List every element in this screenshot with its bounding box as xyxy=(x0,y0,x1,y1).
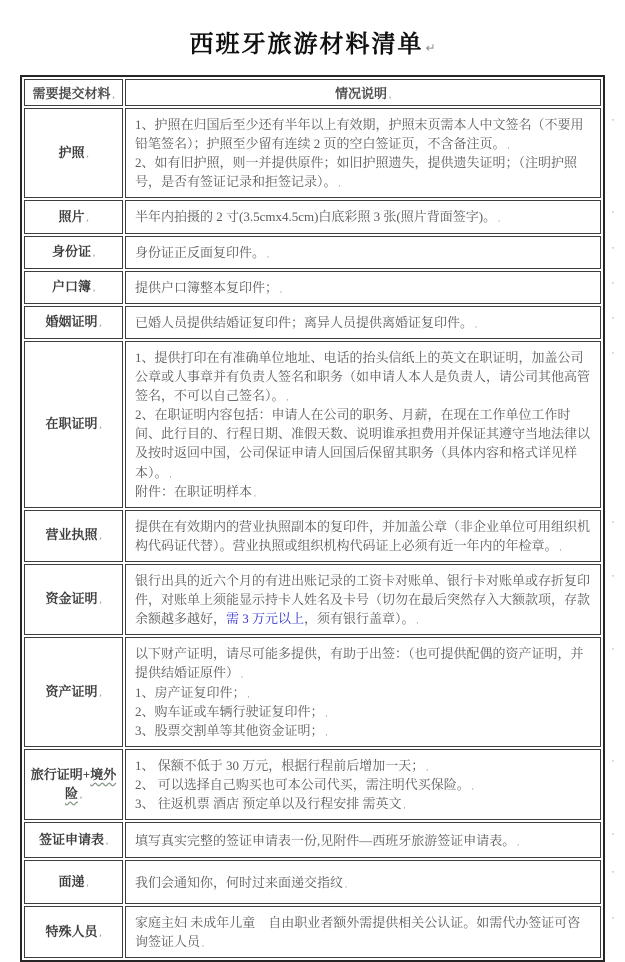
paragraph-mark: , xyxy=(404,801,406,810)
description-paragraph: 提供户口簿整本复印件；, xyxy=(135,278,591,297)
row-end-mark: , xyxy=(612,514,614,526)
description-paragraph: 我们会通知你，何时过来面递交指纹, xyxy=(135,873,591,892)
description-paragraph: 以下财产证明，请尽可能多提供，有助于出签：（也可提供配偶的资产证明，并提供结婚证… xyxy=(135,644,591,682)
description-paragraph: 1、房产证复印件；, xyxy=(135,683,591,702)
description-text: 3、股票交割单等其他资金证明； xyxy=(135,723,324,738)
description-text: 半年内拍摄的 2 寸(3.5cmx4.5cm)白底彩照 3 张(照片背面签字)。 xyxy=(135,209,496,224)
material-label-cell: 营业执照, xyxy=(24,510,123,562)
table-row: 户口簿,提供户口簿整本复印件；,, xyxy=(24,271,601,304)
description-paragraph: 已婚人员提供结婚证复印件；离异人员提供离婚证复印件。, xyxy=(135,313,591,332)
paragraph-mark: , xyxy=(100,532,102,541)
paragraph-return-mark: ↵ xyxy=(425,41,435,55)
paragraph-mark: , xyxy=(113,91,115,100)
description-paragraph: 1、护照在归国后至少还有半年以上有效期，护照末页需本人中文签名（不要用铅笔签名）… xyxy=(135,115,591,153)
row-end-mark: , xyxy=(612,345,614,357)
description-text: 1、护照在归国后至少还有半年以上有效期，护照末页需本人中文签名（不要用铅笔签名）… xyxy=(135,117,584,151)
paragraph-mark: , xyxy=(508,141,510,150)
table-row: 身份证,身份证正反面复印件。,, xyxy=(24,236,601,269)
table-row: 照片,半年内拍摄的 2 寸(3.5cmx4.5cm)白底彩照 3 张(照片背面签… xyxy=(24,200,601,233)
description-cell: 提供在有效期内的营业执照副本的复印件，并加盖公章（非企业单位可用组织机构代码证代… xyxy=(125,510,601,562)
paragraph-mark: , xyxy=(389,91,391,100)
paragraph-mark: , xyxy=(326,709,328,718)
row-end-mark: , xyxy=(612,240,614,252)
row-end-mark: , xyxy=(612,753,614,765)
description-paragraph: 3、 往返机票 酒店 预定单以及行程安排 需英文, xyxy=(135,794,591,813)
description-text: 2、如有旧护照，则一并提供原件；如旧护照遗失，提供遗失证明；（注明护照号，是否有… xyxy=(135,155,577,189)
row-end-mark: , xyxy=(612,310,614,322)
paragraph-mark: , xyxy=(93,249,95,258)
description-cell: 银行出具的近六个月的有进出账记录的工资卡对账单、银行卡对账单或存折复印件，对账单… xyxy=(125,564,601,635)
paragraph-mark: , xyxy=(87,150,89,159)
material-label-cell: 照片, xyxy=(24,200,123,233)
paragraph-mark: , xyxy=(170,470,172,479)
description-text: 附件：在职证明样本 xyxy=(135,484,252,499)
description-cell: 已婚人员提供结婚证复印件；离异人员提供离婚证复印件。,, xyxy=(125,306,601,339)
paragraph-mark: , xyxy=(100,421,102,430)
paragraph-mark: , xyxy=(202,939,204,948)
description-text: 2、 可以选择自己购买也可本公司代买，需注明代买保险。 xyxy=(135,777,470,792)
table-row: 旅行证明+境外险,1、 保额不低于 30 万元，根据行程前后增加一天；,2、 可… xyxy=(24,749,601,820)
material-label-text: 营业执照 xyxy=(45,527,97,542)
row-end-mark: , xyxy=(612,568,614,580)
material-label-text: 身份证 xyxy=(52,244,91,259)
description-text: 1、房产证复印件； xyxy=(135,685,246,700)
description-paragraph: 1、提供打印在有准确单位地址、电话的抬头信纸上的英文在职证明，加盖公司公章或人事… xyxy=(135,348,591,405)
description-text: 2、在职证明内容包括：申请人在公司的职务、月薪，在现在工作单位工作时间、此行目的… xyxy=(135,407,590,479)
paragraph-mark: , xyxy=(93,284,95,293)
paragraph-mark: , xyxy=(267,250,269,259)
description-text: 提供户口簿整本复印件； xyxy=(135,280,278,295)
description-paragraph: 3、股票交割单等其他资金证明；, xyxy=(135,721,591,740)
description-cell: 我们会通知你，何时过来面递交指纹,, xyxy=(125,860,601,904)
paragraph-mark: , xyxy=(80,791,82,800)
header-cell-description: 情况说明, xyxy=(125,79,601,106)
paragraph-mark: , xyxy=(560,543,562,552)
row-end-mark: , xyxy=(612,112,614,124)
description-paragraph: 家庭主妇 未成年儿童 自由职业者额外需提供相关公认证。如需代办签证可咨询签证人员… xyxy=(135,913,591,951)
material-label-cell: 婚姻证明, xyxy=(24,306,123,339)
description-paragraph: 半年内拍摄的 2 寸(3.5cmx4.5cm)白底彩照 3 张(照片背面签字)。… xyxy=(135,207,591,226)
paragraph-mark: , xyxy=(100,319,102,328)
material-label-text: 面递 xyxy=(58,874,84,889)
table-body: 护照,1、护照在归国后至少还有半年以上有效期，护照末页需本人中文签名（不要用铅笔… xyxy=(24,108,601,958)
material-label-text: 婚姻证明 xyxy=(45,314,97,329)
description-text: 提供在有效期内的营业执照副本的复印件，并加盖公章（非企业单位可用组织机构代码证代… xyxy=(135,519,590,553)
row-end-mark: , xyxy=(612,864,614,876)
paragraph-mark: , xyxy=(106,837,108,846)
description-text: 填写真实完整的签证申请表一份,见附件—西班牙旅游签证申请表。 xyxy=(135,833,515,848)
material-label-cell: 在职证明, xyxy=(24,341,123,508)
description-cell: 提供户口簿整本复印件；,, xyxy=(125,271,601,304)
paragraph-mark: , xyxy=(339,179,341,188)
material-label-cell: 签证申请表, xyxy=(24,822,123,858)
material-label-cell: 特殊人员, xyxy=(24,906,123,958)
document-page: 西班牙旅游材料清单↵ 需要提交材料, 情况说明, 护照,1、护照在归国后至少还有… xyxy=(0,0,625,962)
paragraph-mark: , xyxy=(517,838,519,847)
description-text: ，须有银行盖章）。 xyxy=(304,611,415,626)
material-label-cell: 旅行证明+境外险, xyxy=(24,749,123,820)
description-paragraph: 身份证正反面复印件。, xyxy=(135,243,591,262)
description-cell: 1、护照在归国后至少还有半年以上有效期，护照末页需本人中文签名（不要用铅笔签名）… xyxy=(125,108,601,198)
description-cell: 半年内拍摄的 2 寸(3.5cmx4.5cm)白底彩照 3 张(照片背面签字)。… xyxy=(125,200,601,233)
paragraph-mark: , xyxy=(280,285,282,294)
paragraph-mark: , xyxy=(87,879,89,888)
description-cell: 身份证正反面复印件。,, xyxy=(125,236,601,269)
row-end-mark: , xyxy=(612,826,614,838)
description-text: 2、购车证或车辆行驶证复印件； xyxy=(135,704,324,719)
material-label-cell: 资金证明, xyxy=(24,564,123,635)
material-label-cell: 护照, xyxy=(24,108,123,198)
header-materials-label: 需要提交材料 xyxy=(32,86,110,101)
material-label-text: 旅行证明+ xyxy=(31,767,90,782)
description-paragraph: 2、如有旧护照，则一并提供原件；如旧护照遗失，提供遗失证明；（注明护照号，是否有… xyxy=(135,153,591,191)
description-text: 1、 保额不低于 30 万元，根据行程前后增加一天； xyxy=(135,758,424,773)
description-paragraph: 1、 保额不低于 30 万元，根据行程前后增加一天；, xyxy=(135,756,591,775)
paragraph-mark: , xyxy=(100,596,102,605)
material-label-cell: 身份证, xyxy=(24,236,123,269)
description-paragraph: 填写真实完整的签证申请表一份,见附件—西班牙旅游签证申请表。, xyxy=(135,831,591,850)
header-row: 需要提交材料, 情况说明, xyxy=(24,79,601,106)
description-text: 已婚人员提供结婚证复印件；离异人员提供离婚证复印件。 xyxy=(135,315,473,330)
table-row: 面递,我们会通知你，何时过来面递交指纹,, xyxy=(24,860,601,904)
description-text: 以下财产证明，请尽可能多提供，有助于出签：（也可提供配偶的资产证明，并提供结婚证… xyxy=(135,646,584,680)
table-row: 护照,1、护照在归国后至少还有半年以上有效期，护照末页需本人中文签名（不要用铅笔… xyxy=(24,108,601,198)
table-row: 营业执照,提供在有效期内的营业执照副本的复印件，并加盖公章（非企业单位可用组织机… xyxy=(24,510,601,562)
paragraph-mark: , xyxy=(326,728,328,737)
material-label-text: 资产证明 xyxy=(45,684,97,699)
header-description-label: 情况说明 xyxy=(335,86,387,101)
material-label-text: 户口簿 xyxy=(52,279,91,294)
paragraph-mark: , xyxy=(498,214,500,223)
table-row: 特殊人员,家庭主妇 未成年儿童 自由职业者额外需提供相关公认证。如需代办签证可咨… xyxy=(24,906,601,958)
paragraph-mark: , xyxy=(426,763,428,772)
materials-checklist-table: 需要提交材料, 情况说明, 护照,1、护照在归国后至少还有半年以上有效期，护照末… xyxy=(20,75,605,962)
description-text: 3、 往返机票 酒店 预定单以及行程安排 需英文 xyxy=(135,796,402,811)
material-label-text: 照片 xyxy=(58,209,84,224)
material-label-cell: 面递, xyxy=(24,860,123,904)
description-text: 1、提供打印在有准确单位地址、电话的抬头信纸上的英文在职证明，加盖公司公章或人事… xyxy=(135,350,590,403)
description-text: 身份证正反面复印件。 xyxy=(135,245,265,260)
table-row: 在职证明,1、提供打印在有准确单位地址、电话的抬头信纸上的英文在职证明，加盖公司… xyxy=(24,341,601,508)
material-label-text: 特殊人员 xyxy=(45,924,97,939)
description-paragraph: 2、购车证或车辆行驶证复印件；, xyxy=(135,702,591,721)
paragraph-mark: , xyxy=(345,880,347,889)
table-row: 资产证明,以下财产证明，请尽可能多提供，有助于出签：（也可提供配偶的资产证明，并… xyxy=(24,637,601,747)
row-end-mark: , xyxy=(612,910,614,922)
description-cell: 以下财产证明，请尽可能多提供，有助于出签：（也可提供配偶的资产证明，并提供结婚证… xyxy=(125,637,601,747)
material-label-cell: 户口簿, xyxy=(24,271,123,304)
highlighted-text: 需 3 万元以上 xyxy=(226,611,304,626)
paragraph-mark: , xyxy=(254,489,256,498)
paragraph-mark: , xyxy=(475,320,477,329)
paragraph-mark: , xyxy=(472,782,474,791)
paragraph-mark: , xyxy=(87,214,89,223)
description-cell: 1、提供打印在有准确单位地址、电话的抬头信纸上的英文在职证明，加盖公司公章或人事… xyxy=(125,341,601,508)
table-header: 需要提交材料, 情况说明, xyxy=(24,79,601,106)
paragraph-mark: , xyxy=(100,929,102,938)
header-cell-materials: 需要提交材料, xyxy=(24,79,123,106)
description-cell: 1、 保额不低于 30 万元，根据行程前后增加一天；,2、 可以选择自己购买也可… xyxy=(125,749,601,820)
row-end-mark: , xyxy=(612,641,614,653)
page-title-text: 西班牙旅游材料清单 xyxy=(189,31,423,58)
table-row: 婚姻证明,已婚人员提供结婚证复印件；离异人员提供离婚证复印件。,, xyxy=(24,306,601,339)
row-end-mark: , xyxy=(612,204,614,216)
paragraph-mark: , xyxy=(100,689,102,698)
material-label-text: 在职证明 xyxy=(45,416,97,431)
material-label-text: 护照 xyxy=(58,145,84,160)
description-paragraph: 提供在有效期内的营业执照副本的复印件，并加盖公章（非企业单位可用组织机构代码证代… xyxy=(135,517,591,555)
description-paragraph: 2、在职证明内容包括：申请人在公司的职务、月薪，在现在工作单位工作时间、此行目的… xyxy=(135,405,591,481)
paragraph-mark: , xyxy=(287,393,289,402)
page-title: 西班牙旅游材料清单↵ xyxy=(0,24,625,59)
description-paragraph: 2、 可以选择自己购买也可本公司代买，需注明代买保险。, xyxy=(135,775,591,794)
description-paragraph: 银行出具的近六个月的有进出账记录的工资卡对账单、银行卡对账单或存折复印件，对账单… xyxy=(135,571,591,628)
row-end-mark: , xyxy=(612,275,614,287)
material-label-cell: 资产证明, xyxy=(24,637,123,747)
paragraph-mark: , xyxy=(417,616,419,625)
description-text: 我们会通知你，何时过来面递交指纹 xyxy=(135,875,343,890)
description-cell: 填写真实完整的签证申请表一份,见附件—西班牙旅游签证申请表。,, xyxy=(125,822,601,858)
table-row: 签证申请表,填写真实完整的签证申请表一份,见附件—西班牙旅游签证申请表。,, xyxy=(24,822,601,858)
material-label-text: 签证申请表 xyxy=(39,832,104,847)
description-paragraph: 附件：在职证明样本, xyxy=(135,482,591,501)
paragraph-mark: , xyxy=(241,670,243,679)
description-cell: 家庭主妇 未成年儿童 自由职业者额外需提供相关公认证。如需代办签证可咨询签证人员… xyxy=(125,906,601,958)
paragraph-mark: , xyxy=(248,690,250,699)
material-label-text: 资金证明 xyxy=(45,591,97,606)
table-row: 资金证明,银行出具的近六个月的有进出账记录的工资卡对账单、银行卡对账单或存折复印… xyxy=(24,564,601,635)
